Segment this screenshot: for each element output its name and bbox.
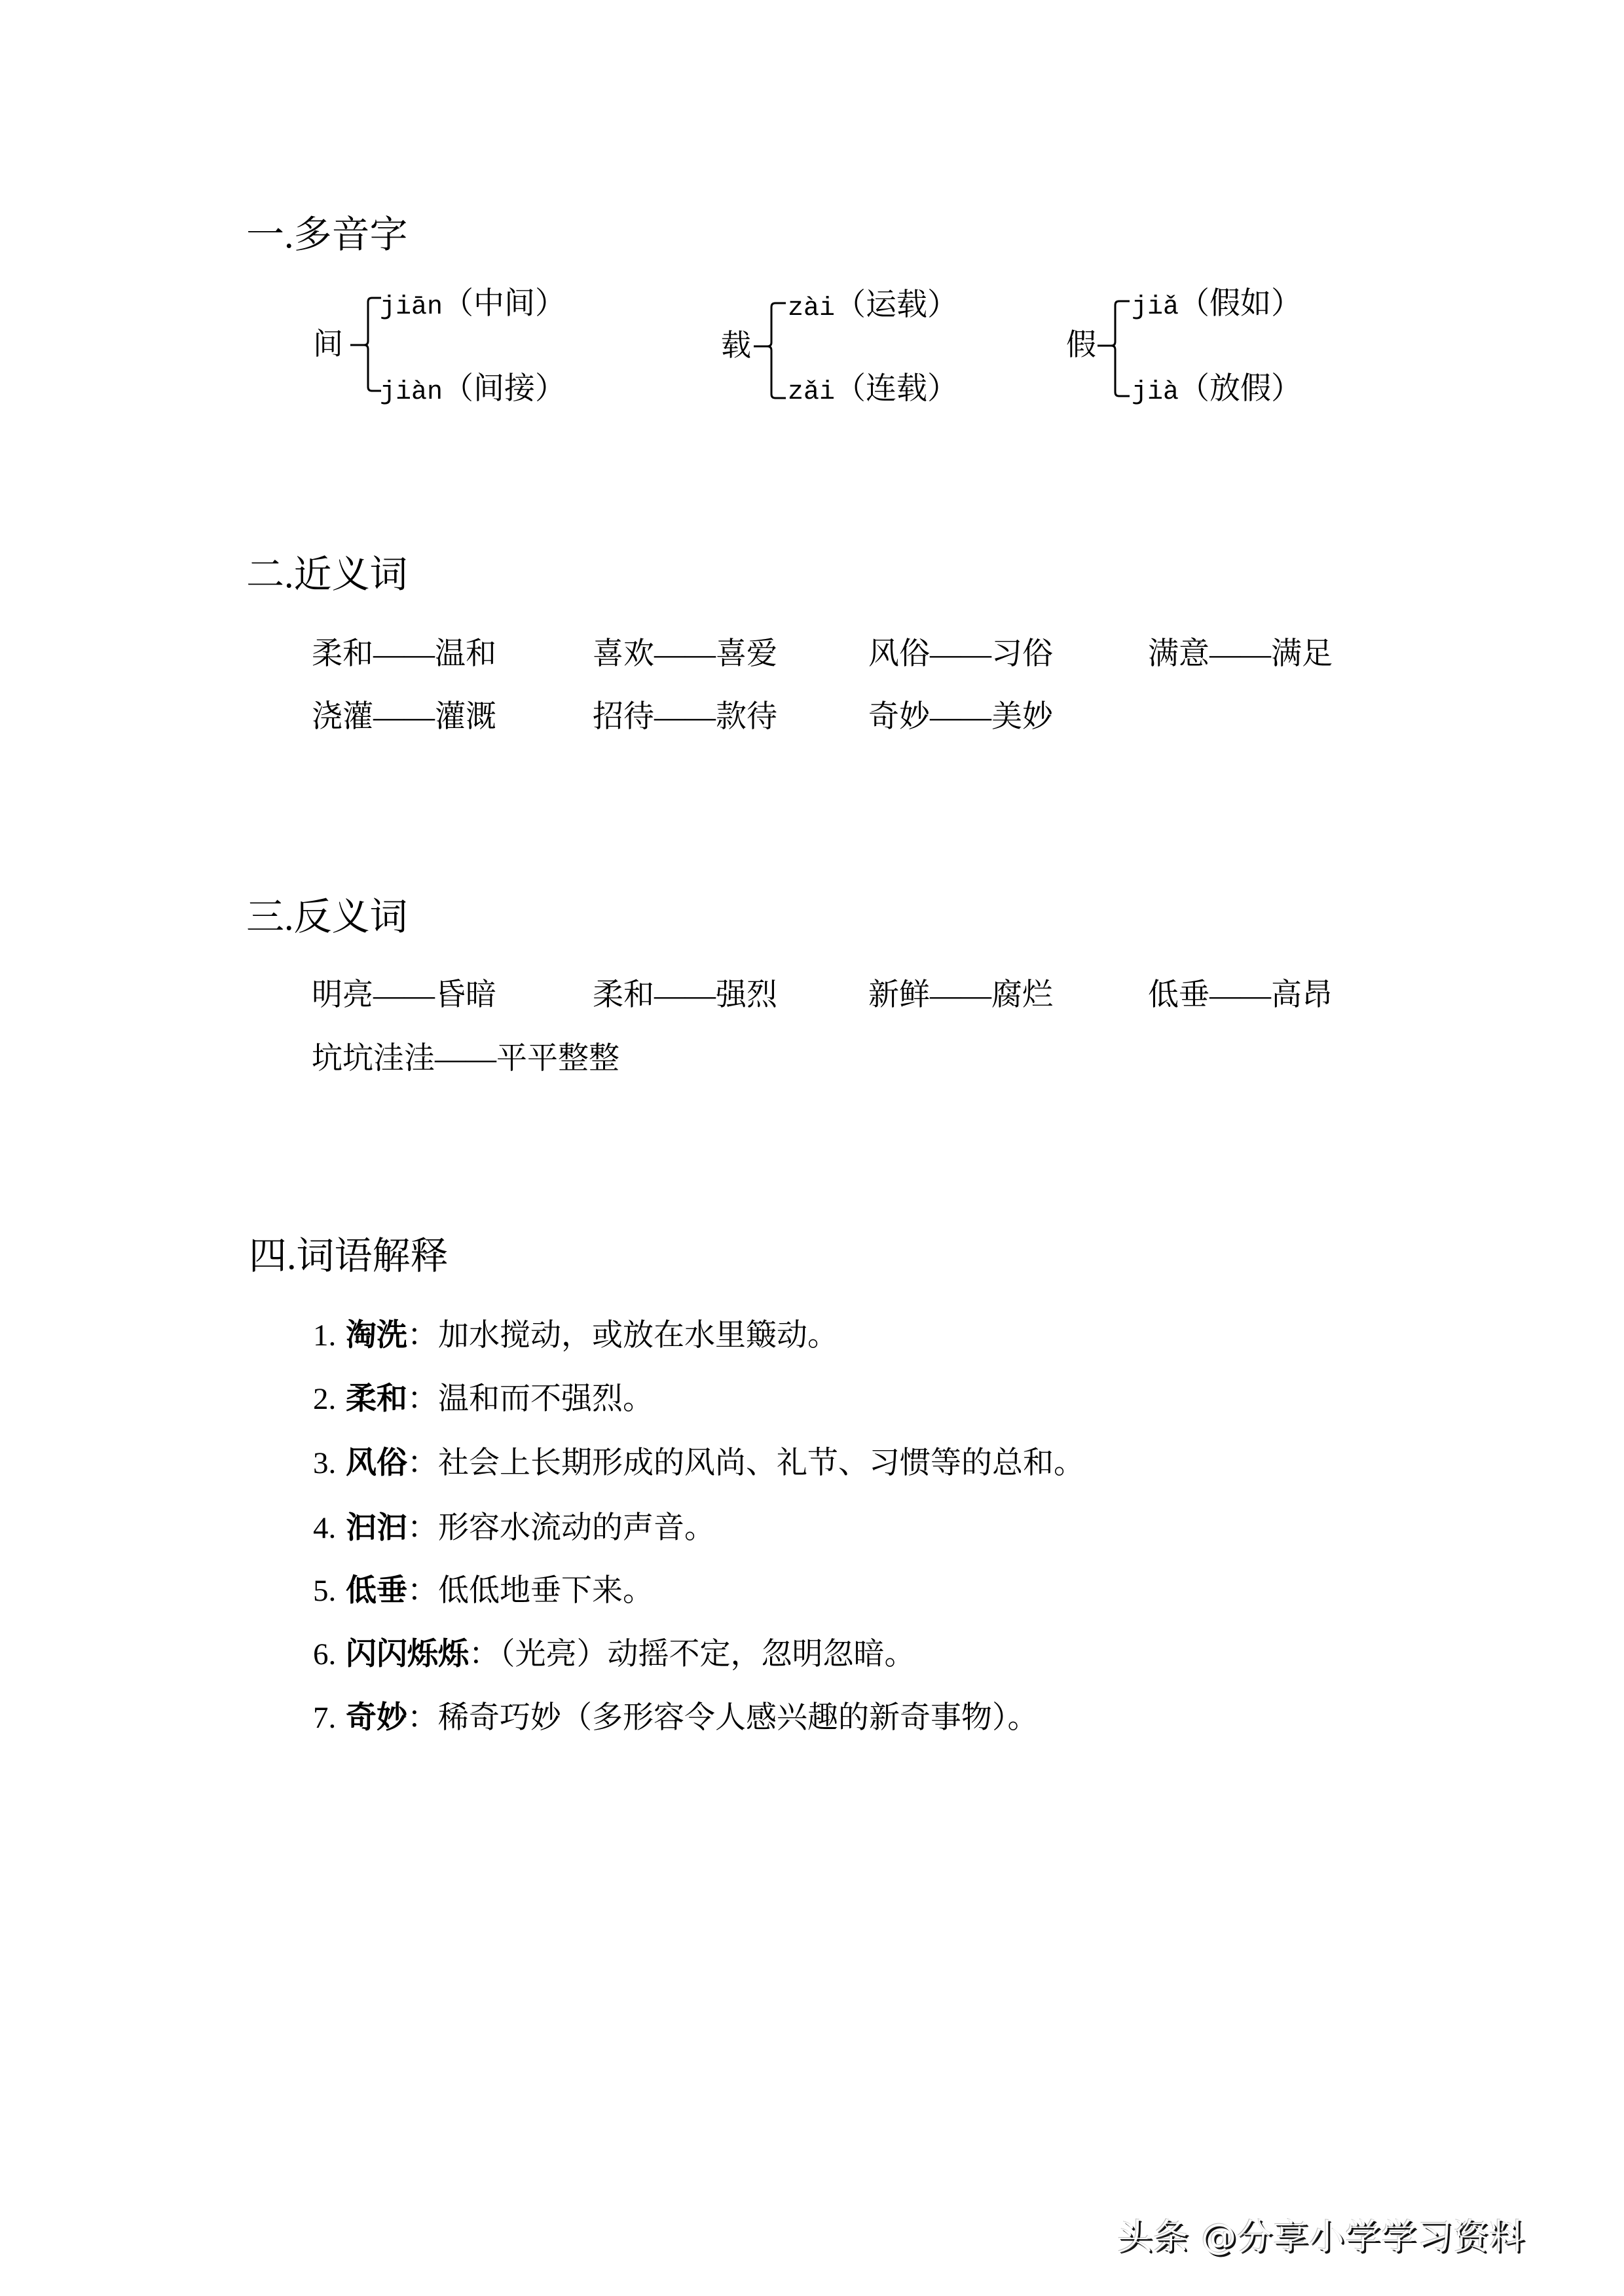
- definition-term: 闪闪烁烁: [346, 1637, 469, 1671]
- pinyin: jiān: [380, 293, 443, 322]
- example-word: （中间）: [443, 287, 566, 321]
- section-title-definitions: 四.词语解释: [249, 1235, 449, 1278]
- brace-icon: [750, 300, 787, 401]
- definition-item: 7.奇妙：稀奇巧妙（多形容令人感兴趣的新奇事物）。: [313, 1700, 1039, 1736]
- definition-separator: ：: [407, 1319, 438, 1353]
- definition-meaning: 社会上长期形成的风尚、礼节、习惯等的总和。: [438, 1446, 1084, 1480]
- definition-separator: ：: [407, 1446, 438, 1480]
- antonym-pair: 新鲜——腐烂: [868, 977, 1053, 1013]
- synonym-pair: 满意——满足: [1148, 636, 1333, 672]
- example-word: （放假）: [1179, 372, 1302, 406]
- antonym-pair: 坑坑洼洼——平平整整: [312, 1040, 619, 1077]
- definition-meaning: （光亮）动摇不定，忽明忽暗。: [500, 1637, 915, 1671]
- polyphone-reading: zài（运载）: [788, 287, 958, 327]
- definition-index: 7.: [313, 1700, 346, 1736]
- definition-term: 风俗: [346, 1446, 407, 1480]
- definition-term: 淘洗: [346, 1319, 407, 1353]
- pinyin: zǎi: [788, 378, 835, 407]
- definition-index: 1.: [313, 1317, 346, 1354]
- definition-meaning: 低低地垂下来。: [438, 1574, 654, 1608]
- definition-item: 5.低垂：低低地垂下来。: [313, 1573, 654, 1609]
- antonym-pair: 低垂——高昂: [1148, 977, 1333, 1013]
- brace-icon: [1094, 298, 1131, 399]
- antonym-pair: 柔和——强烈: [593, 977, 777, 1013]
- pinyin: jiǎ: [1132, 293, 1179, 322]
- definition-separator: ：: [407, 1382, 438, 1416]
- example-word: （运载）: [835, 288, 958, 322]
- pinyin: jià: [1132, 378, 1179, 407]
- pinyin: jiàn: [380, 378, 443, 407]
- polyphone-reading: zǎi（连载）: [788, 371, 958, 411]
- polyphone-reading: jiàn（间接）: [380, 371, 566, 411]
- section-title-synonyms: 二.近义词: [246, 553, 408, 596]
- section-title-polyphone: 一.多音字: [246, 213, 408, 257]
- synonym-pair: 浇灌——灌溉: [312, 699, 496, 735]
- polyphone-reading: jiǎ（假如）: [1132, 285, 1302, 326]
- antonym-pair: 明亮——昏暗: [312, 977, 496, 1013]
- definition-index: 5.: [313, 1573, 346, 1609]
- watermark: 头条 @分享小学学习资料: [1117, 2213, 1525, 2261]
- example-word: （间接）: [443, 372, 566, 406]
- polyphone-reading: jià（放假）: [1132, 371, 1302, 411]
- definition-term: 汩汩: [346, 1511, 407, 1545]
- synonym-pair: 喜欢——喜爱: [593, 636, 777, 672]
- polyphone-reading: jiān（中间）: [380, 285, 566, 326]
- brace-icon: [347, 295, 384, 394]
- definition-index: 6.: [313, 1636, 346, 1673]
- definition-item: 3.风俗：社会上长期形成的风尚、礼节、习惯等的总和。: [313, 1445, 1084, 1482]
- definition-index: 4.: [313, 1510, 346, 1546]
- synonym-pair: 风俗——习俗: [868, 636, 1053, 672]
- definition-meaning: 加水搅动，或放在水里簸动。: [438, 1319, 838, 1353]
- definition-separator: ：: [407, 1701, 438, 1735]
- synonym-pair: 招待——款待: [593, 699, 777, 735]
- definition-term: 奇妙: [346, 1701, 407, 1735]
- definition-index: 3.: [313, 1445, 346, 1482]
- polyphone-char: 载: [721, 329, 751, 362]
- definition-index: 2.: [313, 1381, 346, 1417]
- definition-term: 柔和: [346, 1382, 407, 1416]
- example-word: （假如）: [1179, 287, 1302, 321]
- synonym-pair: 柔和——温和: [312, 636, 496, 672]
- definition-separator: ：: [469, 1637, 500, 1671]
- example-word: （连载）: [835, 372, 958, 406]
- definition-separator: ：: [407, 1511, 438, 1545]
- polyphone-char: 间: [313, 328, 343, 361]
- polyphone-char: 假: [1066, 329, 1096, 361]
- definition-meaning: 形容水流动的声音。: [438, 1511, 715, 1545]
- pinyin: zài: [788, 294, 835, 323]
- definition-item: 2.柔和：温和而不强烈。: [313, 1381, 654, 1417]
- definition-item: 6.闪闪烁烁：（光亮）动摇不定，忽明忽暗。: [313, 1636, 915, 1673]
- synonym-pair: 奇妙——美妙: [868, 699, 1053, 735]
- definition-separator: ：: [407, 1574, 438, 1608]
- definition-meaning: 温和而不强烈。: [438, 1382, 654, 1416]
- section-title-antonyms: 三.反义词: [246, 896, 408, 939]
- definition-item: 1.淘洗：加水搅动，或放在水里簸动。: [313, 1317, 838, 1354]
- definition-term: 低垂: [346, 1574, 407, 1608]
- definition-item: 4.汩汩：形容水流动的声音。: [313, 1510, 715, 1546]
- definition-meaning: 稀奇巧妙（多形容令人感兴趣的新奇事物）。: [438, 1701, 1039, 1735]
